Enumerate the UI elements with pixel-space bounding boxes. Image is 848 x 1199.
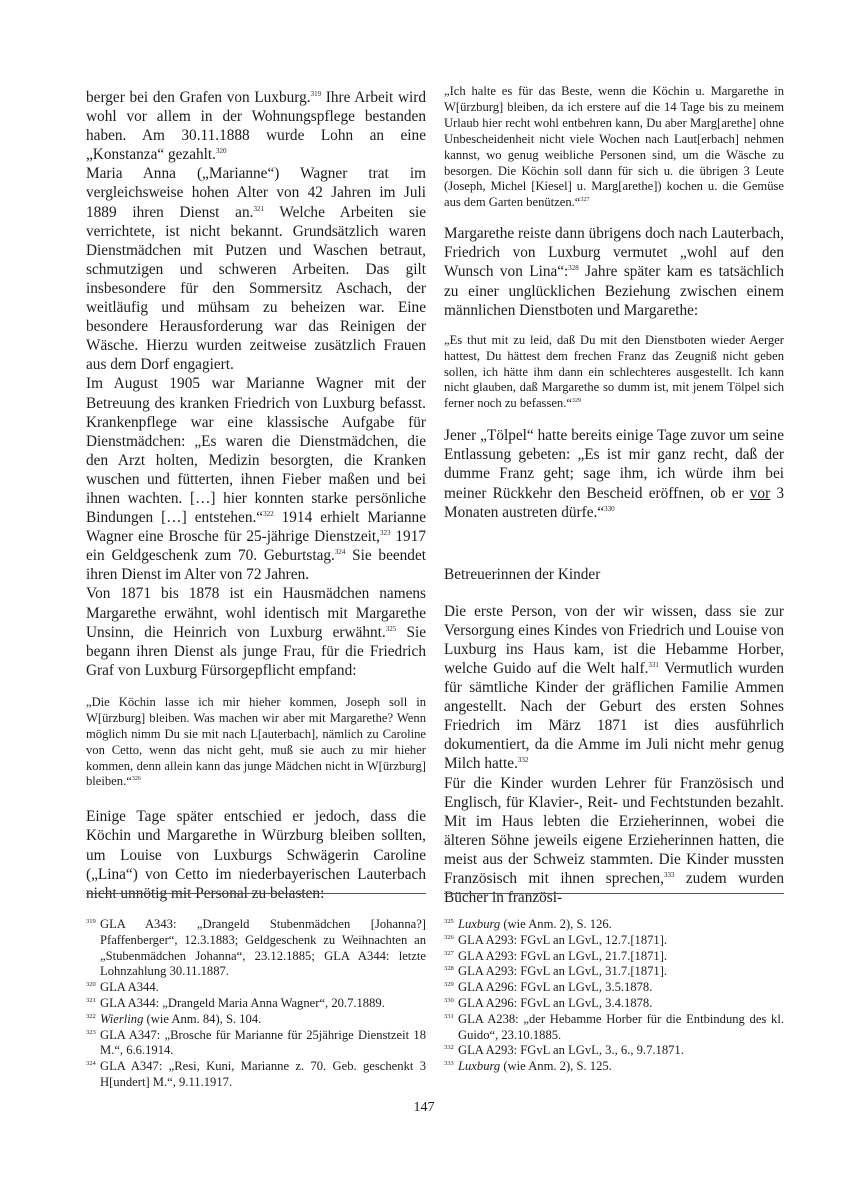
author-name: Luxburg	[458, 1059, 500, 1073]
footnote-333: 333Luxburg (wie Anm. 2), S. 125.	[444, 1059, 784, 1075]
quote-text: „Ich halte es für das Beste, wenn die Kö…	[444, 84, 784, 209]
footnote-ref-320[interactable]: 320	[216, 147, 227, 155]
footnote-text: GLA A293: FGvL an LGvL, 3., 6., 9.7.1871…	[458, 1043, 684, 1057]
section-heading: Betreuerinnen der Kinder	[444, 565, 784, 584]
page-number: 147	[0, 1100, 848, 1116]
text: Jener „Tölpel“ hatte bereits einige Tage…	[444, 427, 784, 501]
left-column: berger bei den Grafen von Luxburg.319 Ih…	[86, 88, 426, 903]
footnote-text: GLA A238: „der Hebamme Horber für die En…	[458, 1012, 784, 1042]
paragraph-7: Jener „Tölpel“ hatte bereits einige Tage…	[444, 426, 784, 521]
footnote-ref-328[interactable]: 328	[568, 264, 579, 272]
footnote-332: 332GLA A293: FGvL an LGvL, 3., 6., 9.7.1…	[444, 1043, 784, 1059]
paragraph-2: Maria Anna („Marianne“) Wagner trat im v…	[86, 164, 426, 374]
footnote-text: GLA A296: FGvL an LGvL, 3.4.1878.	[458, 996, 652, 1010]
footnote-ref-332[interactable]: 332	[518, 756, 529, 764]
footnote-text: GLA A293: FGvL an LGvL, 12.7.[1871].	[458, 933, 667, 947]
footnote-ref-326[interactable]: 326	[132, 776, 141, 782]
footnote-ref-319[interactable]: 319	[311, 90, 322, 98]
text: Im August 1905 war Marianne Wagner mit d…	[86, 375, 426, 526]
footnote-331: 331GLA A238: „der Hebamme Horber für die…	[444, 1012, 784, 1044]
footnote-ref-323[interactable]: 323	[380, 529, 391, 537]
footnote-320: 320GLA A344.	[86, 980, 426, 996]
footnote-ref-333[interactable]: 333	[664, 871, 675, 879]
footnote-ref-330[interactable]: 330	[604, 505, 615, 513]
paragraph-4: Von 1871 bis 1878 ist ein Hausmädchen na…	[86, 584, 426, 679]
footnote-ref-321[interactable]: 321	[253, 205, 264, 213]
footnote-text: GLA A344: „Drangeld Maria Anna Wagner“, …	[100, 996, 385, 1010]
footnote-ref-329[interactable]: 329	[572, 398, 581, 404]
footnote-319: 319GLA A343: „Drangeld Stubenmädchen [Jo…	[86, 917, 426, 980]
footnote-text: GLA A293: FGvL an LGvL, 21.7.[1871].	[458, 949, 667, 963]
footnote-divider-left	[86, 893, 426, 894]
paragraph-9: Für die Kinder wurden Lehrer für Französ…	[444, 774, 784, 908]
text: Von 1871 bis 1878 ist ein Hausmädchen na…	[86, 585, 426, 640]
footnote-330: 330GLA A296: FGvL an LGvL, 3.4.1878.	[444, 996, 784, 1012]
footnote-text: GLA A293: FGvL an LGvL, 31.7.[1871].	[458, 964, 667, 978]
right-column: „Ich halte es für das Beste, wenn die Kö…	[444, 88, 784, 907]
block-quote-1: „Die Köchin lasse ich mir hieher kommen,…	[86, 695, 426, 790]
block-quote-2: „Ich halte es für das Beste, wenn die Kö…	[444, 84, 784, 211]
author-name: Luxburg	[458, 917, 500, 931]
footnote-324: 324GLA A347: „Resi, Kuni, Marianne z. 70…	[86, 1059, 426, 1091]
footnote-321: 321GLA A344: „Drangeld Maria Anna Wagner…	[86, 996, 426, 1012]
footnotes-right: 325Luxburg (wie Anm. 2), S. 126. 326GLA …	[444, 917, 784, 1075]
footnote-329: 329GLA A296: FGvL an LGvL, 3.5.1878.	[444, 980, 784, 996]
paragraph-6: Margarethe reiste dann übrigens doch nac…	[444, 224, 784, 319]
paragraph-3: Im August 1905 war Marianne Wagner mit d…	[86, 374, 426, 584]
quote-text: „Es thut mit zu leid, daß Du mit den Die…	[444, 333, 784, 411]
footnote-323: 323GLA A347: „Brosche für Marianne für 2…	[86, 1028, 426, 1060]
underlined-word: vor	[750, 485, 770, 502]
footnote-text: (wie Anm. 84), S. 104.	[143, 1012, 261, 1026]
footnote-divider-right	[444, 893, 784, 894]
footnote-ref-331[interactable]: 331	[648, 661, 659, 669]
author-name: Wierling	[100, 1012, 143, 1026]
footnote-ref-324[interactable]: 324	[335, 548, 346, 556]
footnote-text: GLA A343: „Drangeld Stubenmädchen [Johan…	[100, 917, 426, 978]
footnote-322: 322Wierling (wie Anm. 84), S. 104.	[86, 1012, 426, 1028]
footnote-ref-327[interactable]: 327	[580, 197, 589, 203]
footnote-text: GLA A296: FGvL an LGvL, 3.5.1878.	[458, 980, 652, 994]
footnotes-left: 319GLA A343: „Drangeld Stubenmädchen [Jo…	[86, 917, 426, 1091]
block-quote-3: „Es thut mit zu leid, daß Du mit den Die…	[444, 333, 784, 413]
footnote-text: GLA A347: „Brosche für Marianne für 25jä…	[100, 1028, 426, 1058]
footnote-text: (wie Anm. 2), S. 126.	[500, 917, 612, 931]
footnote-text: GLA A347: „Resi, Kuni, Marianne z. 70. G…	[100, 1059, 426, 1089]
footnote-326: 326GLA A293: FGvL an LGvL, 12.7.[1871].	[444, 933, 784, 949]
footnote-325: 325Luxburg (wie Anm. 2), S. 126.	[444, 917, 784, 933]
footnote-328: 328GLA A293: FGvL an LGvL, 31.7.[1871].	[444, 964, 784, 980]
footnote-327: 327GLA A293: FGvL an LGvL, 21.7.[1871].	[444, 949, 784, 965]
text: berger bei den Grafen von Luxburg.	[86, 89, 311, 106]
paragraph-8: Die erste Person, von der wir wissen, da…	[444, 602, 784, 774]
paragraph-5: Einige Tage später entschied er jedoch, …	[86, 807, 426, 902]
footnote-text: (wie Anm. 2), S. 125.	[500, 1059, 612, 1073]
footnote-ref-325[interactable]: 325	[386, 625, 397, 633]
footnote-text: GLA A344.	[100, 980, 159, 994]
quote-text: „Die Köchin lasse ich mir hieher kommen,…	[86, 695, 426, 789]
paragraph-1: berger bei den Grafen von Luxburg.319 Ih…	[86, 88, 426, 164]
text: Welche Arbeiten sie verrichtete, ist nic…	[86, 204, 426, 374]
footnote-ref-322[interactable]: 322	[263, 510, 274, 518]
